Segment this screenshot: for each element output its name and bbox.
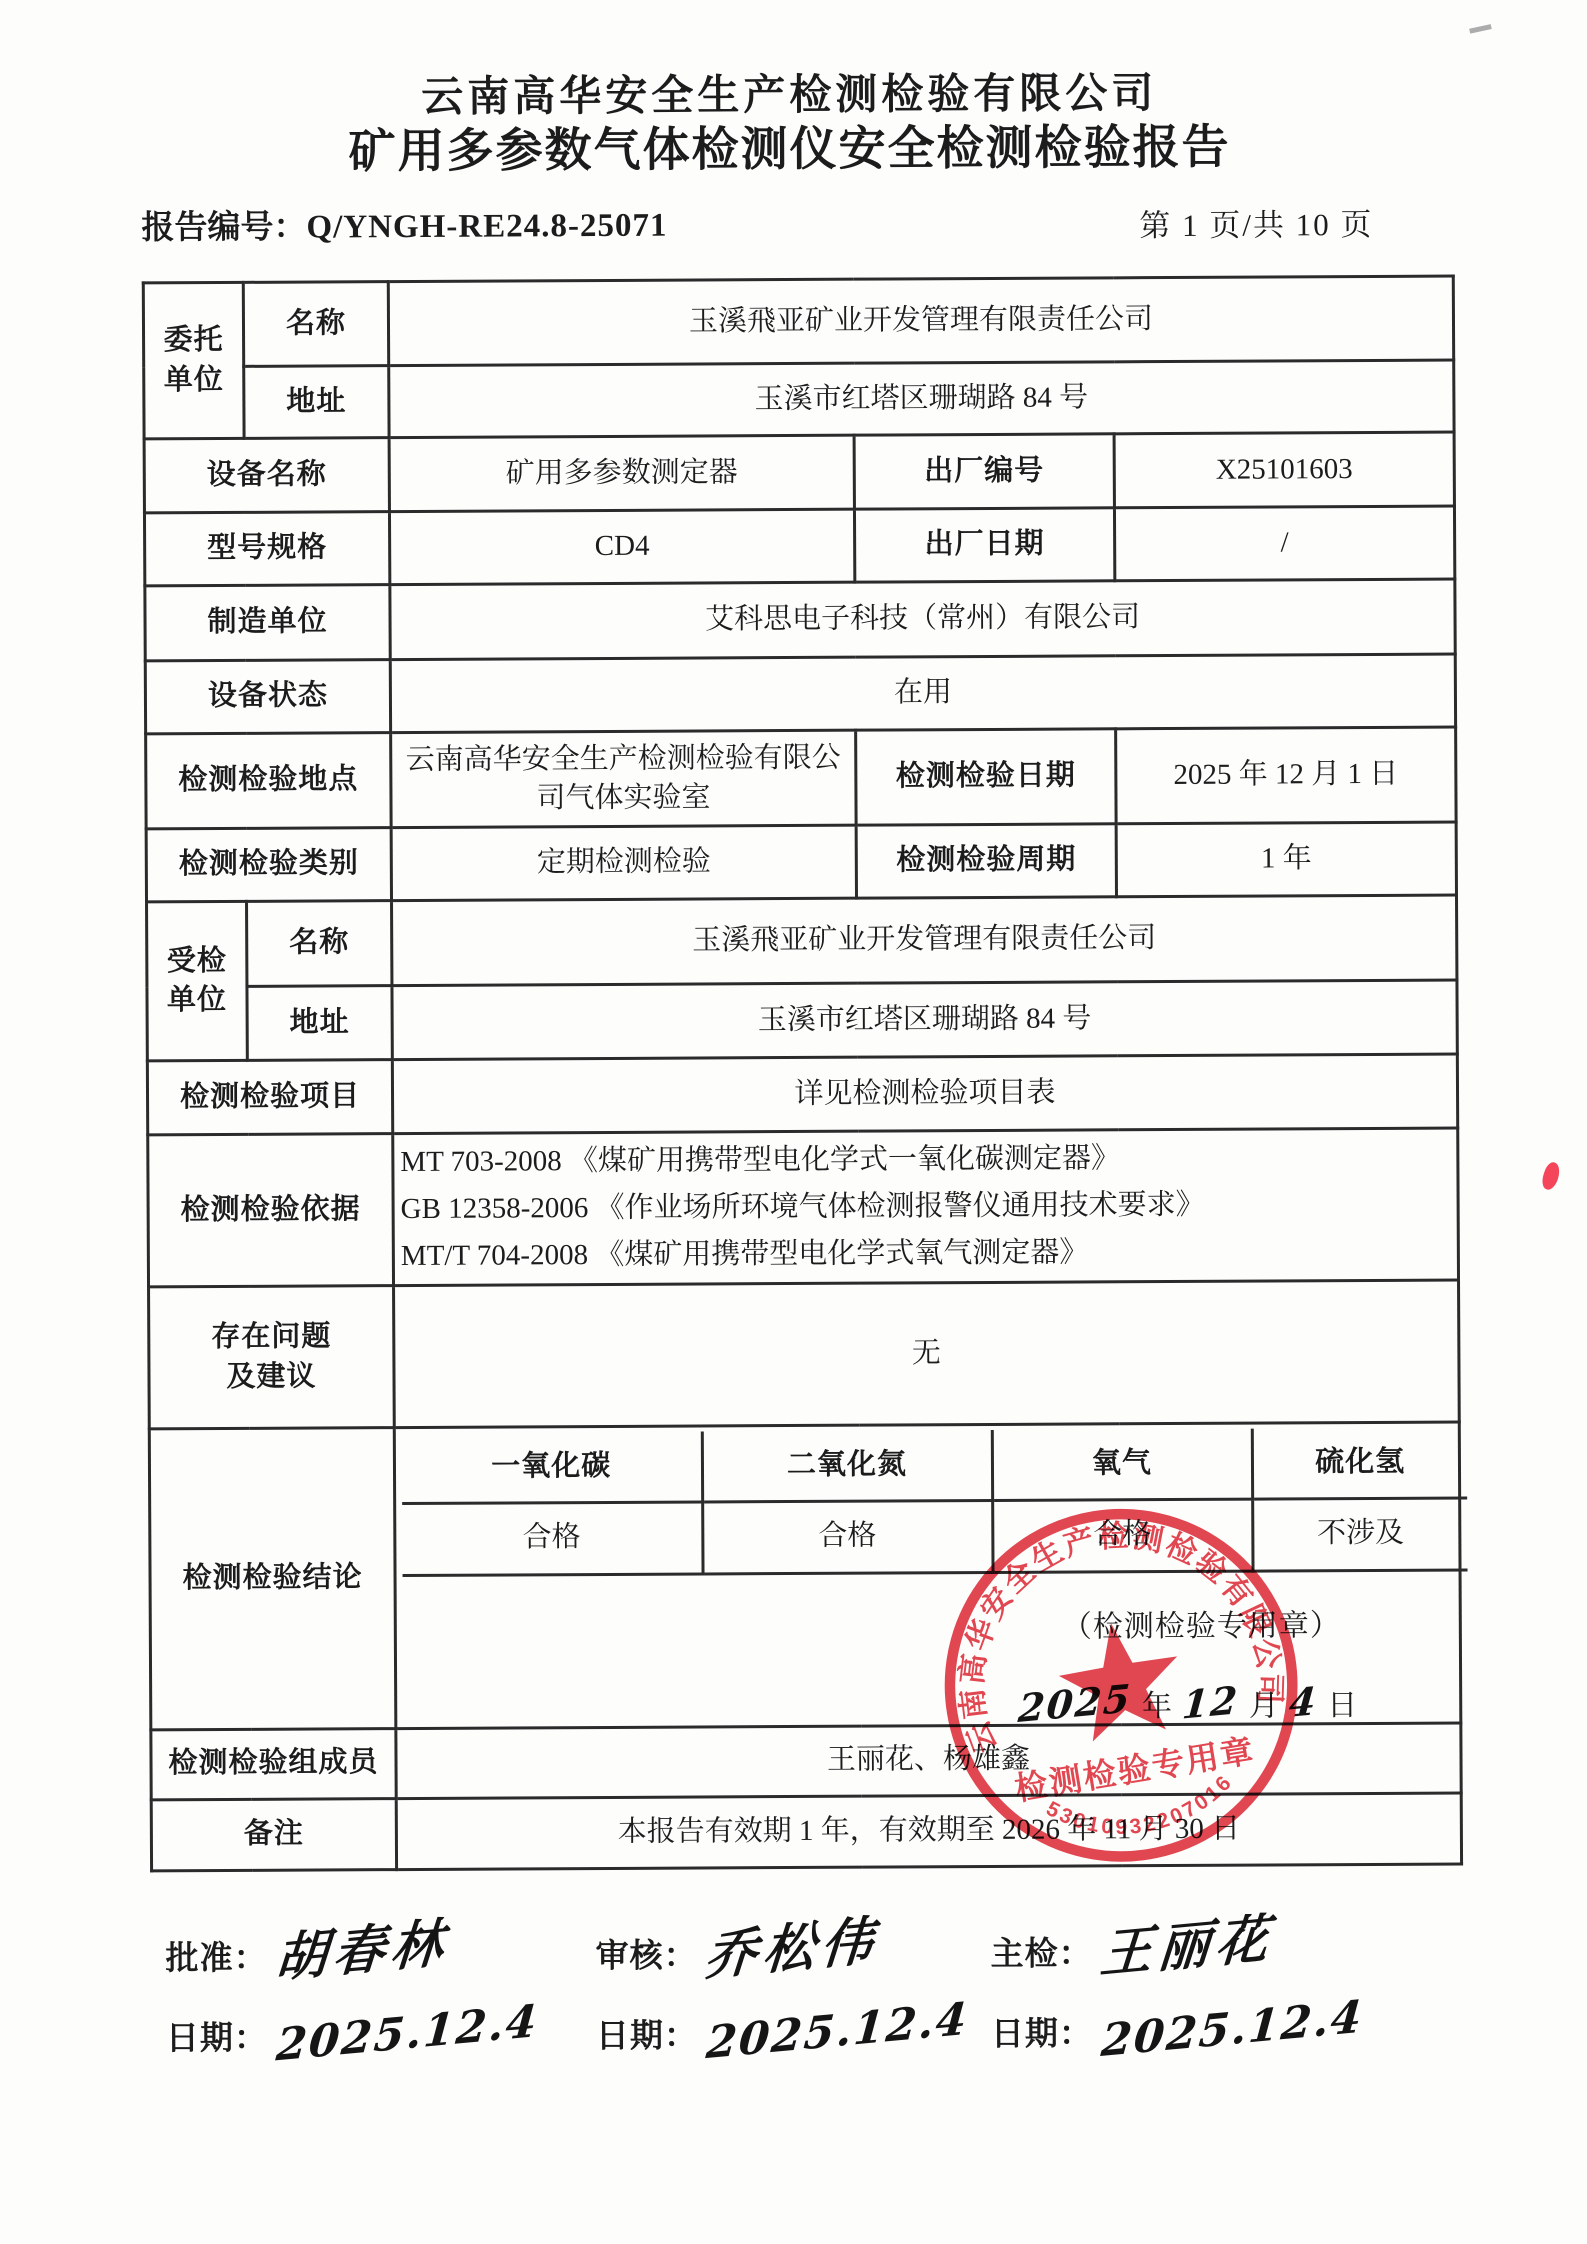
table-row: 受检 单位 名称 玉溪飛亚矿业开发管理有限责任公司 [147,895,1457,987]
insp-date-label: 检测检验日期 [856,729,1116,825]
maker-label: 制造单位 [145,585,390,661]
result-no2: 合格 [702,1500,992,1574]
client-name-label: 名称 [243,282,388,367]
approve-date-label: 日期： [166,2019,268,2057]
problems-value: 无 [394,1280,1460,1428]
basis-line-2: GB 12358-2006 《作业场所环境气体检测报警仪通用技术要求》 [401,1181,1451,1233]
report-number-value: Q/YNGH-RE24.8-25071 [306,208,667,246]
table-row: 检测检验地点 云南高华安全生产检测检验有限公司气体实验室 检测检验日期 2025… [146,727,1456,829]
gas-h2s: 硫化氢 [1252,1427,1467,1498]
approve-date-line: 日期： 2025.12.4 [166,2007,539,2060]
status-label: 设备状态 [145,660,390,734]
items-label: 检测检验项目 [147,1060,392,1135]
insp-cycle-label: 检测检验周期 [856,824,1116,898]
items-value: 详见检测检验项目表 [392,1054,1457,1134]
review-date-value: 2025.12.4 [705,1993,971,2069]
device-mfgdate-label: 出厂日期 [854,508,1114,582]
basis-value: MT 703-2008 《煤矿用携带型电化学式一氧化碳测定器》 GB 12358… [393,1128,1459,1286]
chief-date-label: 日期： [991,2014,1093,2052]
report-number-label: 报告编号： [141,208,306,246]
handwritten-month: 12 [1180,1674,1241,1731]
month-label: 月 [1249,1690,1279,1723]
table-row: 备注 本报告有效期 1 年，有效期至 2026 年 11 月 30 日 [151,1793,1461,1871]
handwritten-day: 4 [1287,1675,1320,1730]
corner-scan-mark [1469,24,1492,34]
gas-no2: 二氧化氮 [702,1430,992,1502]
review-date-line: 日期： 2025.12.4 [596,2005,969,2058]
table-row: 型号规格 CD4 出厂日期 / [144,506,1454,586]
insp-type-value: 定期检测检验 [391,825,856,900]
table-row: 设备状态 在用 [145,654,1455,734]
device-serial-label: 出厂编号 [854,434,1114,509]
page-content: 云南高华安全生产检测检验有限公司 矿用多参数气体检测仪安全检测检验报告 报告编号… [0,0,1587,2244]
table-row: 检测检验依据 MT 703-2008 《煤矿用携带型电化学式一氧化碳测定器》 G… [148,1128,1459,1287]
conclusion-label: 检测检验结论 [149,1428,396,1730]
approve-signature-line: 批准： 胡春林 [165,1908,450,1984]
insp-type-label: 检测检验类别 [146,828,391,902]
insp-place-value: 云南高华安全生产检测检验有限公司气体实验室 [391,730,856,827]
device-name-label: 设备名称 [144,438,389,513]
year-label: 年 [1142,1690,1172,1723]
basis-label: 检测检验依据 [148,1134,394,1287]
device-serial-value: X25101603 [1114,432,1454,508]
review-label: 审核： [595,1937,697,1975]
inspected-addr-label: 地址 [247,986,392,1061]
inspected-name-label: 名称 [247,901,392,987]
device-model-label: 型号规格 [144,512,389,586]
review-signature-line: 审核： 乔松伟 [595,1906,880,1982]
review-date-label: 日期： [596,2017,698,2055]
device-name-value: 矿用多参数测定器 [389,435,854,511]
conclusion-subtable: 一氧化碳 二氧化氮 氧气 硫化氢 合格 合格 合格 不涉及 [402,1427,1468,1576]
chief-signature: 王丽花 [1098,1895,1278,1987]
page-indicator: 第 1 页/共 10 页 [1139,199,1373,245]
seal-note: （检测检验专用章） [1062,1606,1341,1648]
insp-cycle-value: 1 年 [1116,822,1456,897]
table-row: 地址 玉溪市红塔区珊瑚路 84 号 [144,360,1454,439]
problems-label: 存在问题 及建议 [149,1286,395,1429]
gas-result-row: 合格 合格 合格 不涉及 [402,1497,1467,1575]
team-value: 王丽花、杨雄鑫 [396,1723,1461,1799]
conclusion-cell: 一氧化碳 二氧化氮 氧气 硫化氢 合格 合格 合格 不涉及 [394,1422,1461,1728]
insp-date-value: 2025 年 12 月 1 日 [1116,727,1456,824]
team-label: 检测检验组成员 [151,1728,396,1799]
scanned-report-page: 云南高华安全生产检测检验有限公司 矿用多参数气体检测仪安全检测检验报告 报告编号… [0,0,1587,2244]
inspected-addr-value: 玉溪市红塔区珊瑚路 84 号 [392,980,1457,1060]
gas-o2: 氧气 [992,1429,1252,1500]
table-row: 检测检验组成员 王丽花、杨雄鑫 [151,1723,1461,1800]
chief-date-line: 日期： 2025.12.4 [991,2003,1364,2056]
table-row: 制造单位 艾科思电子科技（常州）有限公司 [145,579,1455,661]
client-addr-label: 地址 [244,366,389,439]
day-label: 日 [1327,1689,1357,1722]
table-row: 检测检验项目 详见检测检验项目表 [147,1054,1457,1135]
basis-line-3: MT/T 704-2008 《煤矿用携带型电化学式氧气测定器》 [401,1228,1451,1280]
status-value: 在用 [390,654,1455,733]
inspected-group-label: 受检 单位 [147,901,248,1061]
seal-space: （检测检验专用章） 2025年12月4日 [403,1571,1454,1722]
result-h2s: 不涉及 [1252,1497,1467,1570]
insp-place-label: 检测检验地点 [146,733,391,829]
inspected-name-value: 玉溪飛亚矿业开发管理有限责任公司 [392,895,1457,986]
table-row: 存在问题 及建议 无 [149,1280,1460,1429]
result-co: 合格 [402,1501,702,1575]
conclusion-date-line: 2025年12月4日 [1018,1676,1367,1729]
result-o2: 合格 [992,1499,1252,1572]
client-addr-value: 玉溪市红塔区珊瑚路 84 号 [389,360,1454,438]
client-group-label: 委托 单位 [143,282,244,439]
table-row: 委托 单位 名称 玉溪飛亚矿业开发管理有限责任公司 [143,276,1453,367]
handwritten-year: 2025 [1016,1672,1134,1734]
chief-signature-line: 主检： 王丽花 [990,1903,1275,1979]
approve-date-value: 2025.12.4 [275,1996,541,2072]
remark-label: 备注 [151,1798,396,1870]
table-row: 检测检验结论 一氧化碳 二氧化氮 氧气 硫化氢 合格 [149,1422,1461,1729]
report-title: 矿用多参数气体检测仪安全检测检验报告 [0,108,1583,183]
chief-label: 主检： [990,1934,1092,1972]
device-model-value: CD4 [389,509,854,584]
chief-date-value: 2025.12.4 [1100,1991,1366,2067]
remark-value: 本报告有效期 1 年，有效期至 2026 年 11 月 30 日 [396,1793,1461,1870]
red-ink-speck [1540,1160,1563,1191]
table-row: 地址 玉溪市红塔区珊瑚路 84 号 [147,980,1457,1061]
signature-area: 批准： 胡春林 日期： 2025.12.4 审核： 乔松伟 日期： 2025.1… [150,1864,1481,2121]
client-name-value: 玉溪飛亚矿业开发管理有限责任公司 [388,276,1453,366]
table-row: 检测检验类别 定期检测检验 检测检验周期 1 年 [146,822,1456,902]
approve-signature: 胡春林 [273,1900,453,1992]
device-mfgdate-value: / [1114,506,1454,581]
basis-line-1: MT 703-2008 《煤矿用携带型电化学式一氧化碳测定器》 [400,1134,1450,1186]
table-row: 设备名称 矿用多参数测定器 出厂编号 X25101603 [144,432,1454,513]
review-signature: 乔松伟 [703,1898,883,1990]
maker-value: 艾科思电子科技（常州）有限公司 [390,579,1455,660]
report-table: 委托 单位 名称 玉溪飛亚矿业开发管理有限责任公司 地址 玉溪市红塔区珊瑚路 8… [142,275,1463,1872]
approve-label: 批准： [165,1939,267,1977]
gas-header-row: 一氧化碳 二氧化氮 氧气 硫化氢 [402,1427,1467,1503]
gas-co: 一氧化碳 [402,1431,702,1503]
